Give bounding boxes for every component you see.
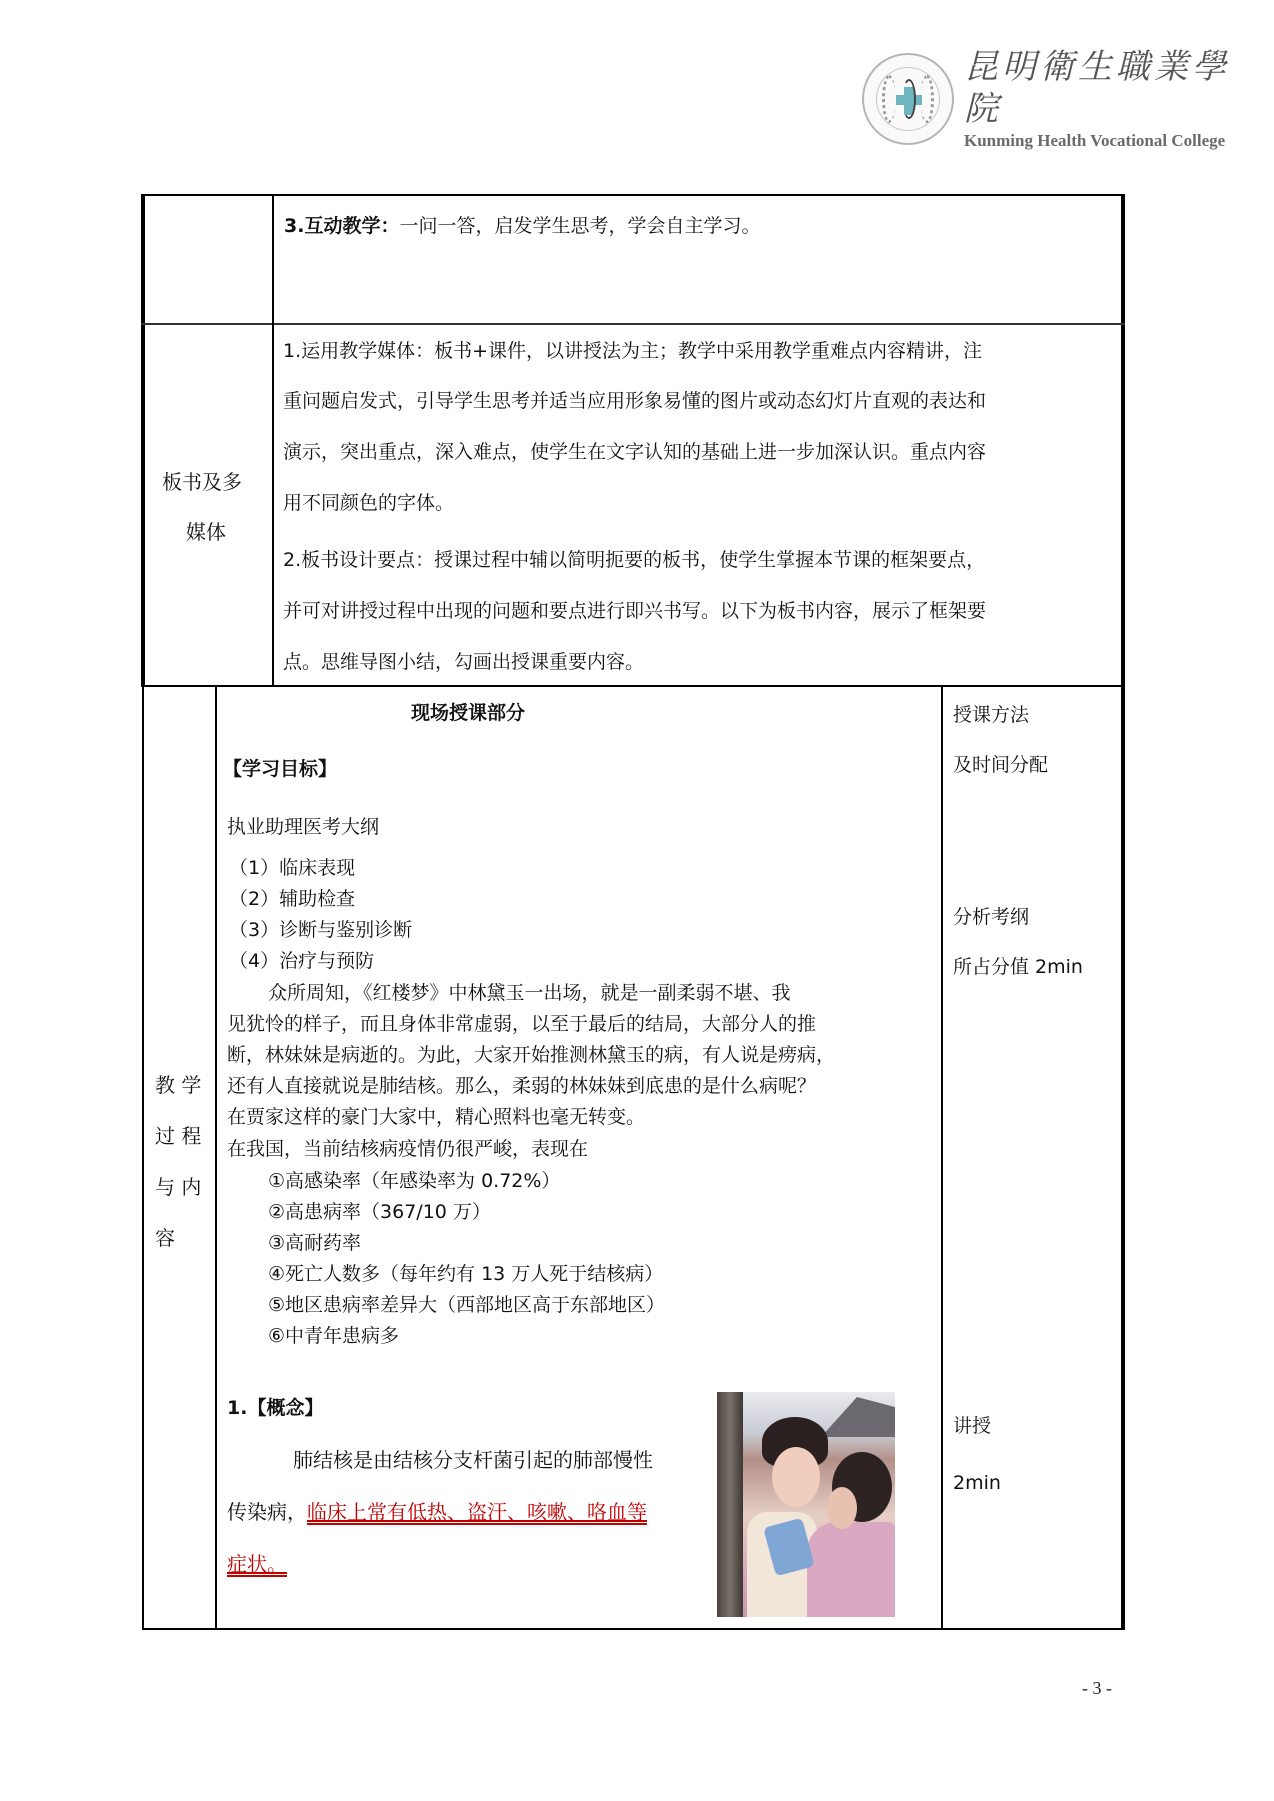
epidemic-item: ⑤地区患病率差异大（西部地区高于东部地区） (268, 1293, 665, 1317)
process-label-1: 教 学 (155, 1073, 201, 1097)
paragraph-line: 2.板书设计要点：授课过程中辅以简明扼要的板书，使学生掌握本节课的框架要点， (283, 548, 985, 572)
method-item-1-line-2: 所占分值 2min (953, 955, 1083, 979)
method-item-2-line-1: 讲授 (953, 1414, 991, 1438)
method-item-1-line-1: 分析考纲 (953, 905, 1029, 929)
paragraph-line: 在贾家这样的豪门大家中，精心照料也毫无转变。 (227, 1105, 645, 1129)
concept-line-1: 肺结核是由结核分支杆菌引起的肺部慢性 (293, 1448, 653, 1472)
syllabus-item: （3）诊断与鉴别诊断 (229, 918, 412, 942)
epidemic-item: ②高患病率（367/10 万） (268, 1200, 491, 1224)
method-header-1: 授课方法 (953, 703, 1029, 727)
paragraph-line: 并可对讲授过程中出现的问题和要点进行即兴书写。以下为板书内容，展示了框架要 (283, 599, 986, 623)
lin-daiyu-photo (717, 1392, 895, 1617)
syllabus-title: 执业助理医考大纲 (227, 815, 379, 839)
concept-line-2: 传染病，临床上常有低热、盗汗、咳嗽、咯血等 (227, 1500, 647, 1524)
syllabus-item: （1）临床表现 (229, 856, 355, 880)
concept-line-3: 症状。 (227, 1552, 287, 1576)
section-title: 现场授课部分 (411, 701, 525, 725)
paragraph-line: 重问题启发式，引导学生思考并适当应用形象易懂的图片或动态幻灯片直观的表达和 (283, 389, 986, 413)
epidemic-item: ④死亡人数多（每年约有 13 万人死于结核病） (268, 1262, 663, 1286)
interactive-teaching-title: 3.互动教学： (284, 215, 399, 237)
process-label-4: 容 (155, 1226, 175, 1250)
syllabus-item: （4）治疗与预防 (229, 949, 374, 973)
concept-heading: 1.【概念】 (227, 1396, 323, 1420)
paragraph-line: 众所周知，《红楼梦》中林黛玉一出场，就是一副柔弱不堪、我 (268, 981, 791, 1005)
page-number: - 3 - (1082, 1678, 1112, 1699)
concept-highlight: 症状。 (227, 1552, 287, 1576)
interactive-teaching-desc: 一问一答，启发学生思考，学会自主学习。 (399, 215, 760, 237)
method-header-2: 及时间分配 (953, 753, 1048, 777)
college-logo: 昆明衛生職業學院 Kunming Health Vocational Colle… (862, 53, 1242, 145)
paragraph-line: 见犹怜的样子，而且身体非常虚弱，以至于最后的结局，大部分人的推 (227, 1012, 816, 1036)
paragraph-line: 1.运用教学媒体：板书+课件，以讲授法为主；教学中采用教学重难点内容精讲，注 (283, 339, 982, 363)
objectives-heading: 【学习目标】 (223, 757, 337, 781)
college-seal-icon (862, 53, 954, 145)
epidemic-item: ①高感染率（年感染率为 0.72%） (268, 1169, 560, 1193)
syllabus-item: （2）辅助检查 (229, 887, 355, 911)
paragraph-line: 断，林妹妹是病逝的。为此，大家开始推测林黛玉的病，有人说是痨病， (227, 1043, 835, 1067)
epidemic-item: ③高耐药率 (268, 1231, 361, 1255)
logo-chinese-name: 昆明衛生職業學院 (964, 46, 1242, 130)
interactive-teaching-text: 3.互动教学：一问一答，启发学生思考，学会自主学习。 (284, 214, 760, 238)
logo-english-name: Kunming Health Vocational College (964, 130, 1242, 152)
method-item-2-line-2: 2min (953, 1471, 1001, 1495)
paragraph-line: 点。思维导图小结，勾画出授课重要内容。 (283, 650, 644, 674)
row-label-board-media-1: 板书及多 (162, 470, 242, 494)
epidemic-item: ⑥中青年患病多 (268, 1324, 399, 1348)
process-label-2: 过 程 (155, 1124, 201, 1148)
paragraph-line: 用不同颜色的字体。 (283, 491, 454, 515)
epidemic-intro: 在我国，当前结核病疫情仍很严峻，表现在 (227, 1137, 588, 1161)
concept-highlight: 临床上常有低热、盗汗、咳嗽、咯血等 (307, 1500, 647, 1524)
concept-prefix: 传染病， (227, 1500, 307, 1524)
paragraph-line: 演示，突出重点，深入难点，使学生在文字认知的基础上进一步加深认识。重点内容 (283, 440, 986, 464)
process-label-3: 与 内 (155, 1175, 201, 1199)
paragraph-line: 还有人直接就说是肺结核。那么，柔弱的林妹妹到底患的是什么病呢？ (227, 1074, 816, 1098)
row-label-board-media-2: 媒体 (186, 520, 226, 544)
